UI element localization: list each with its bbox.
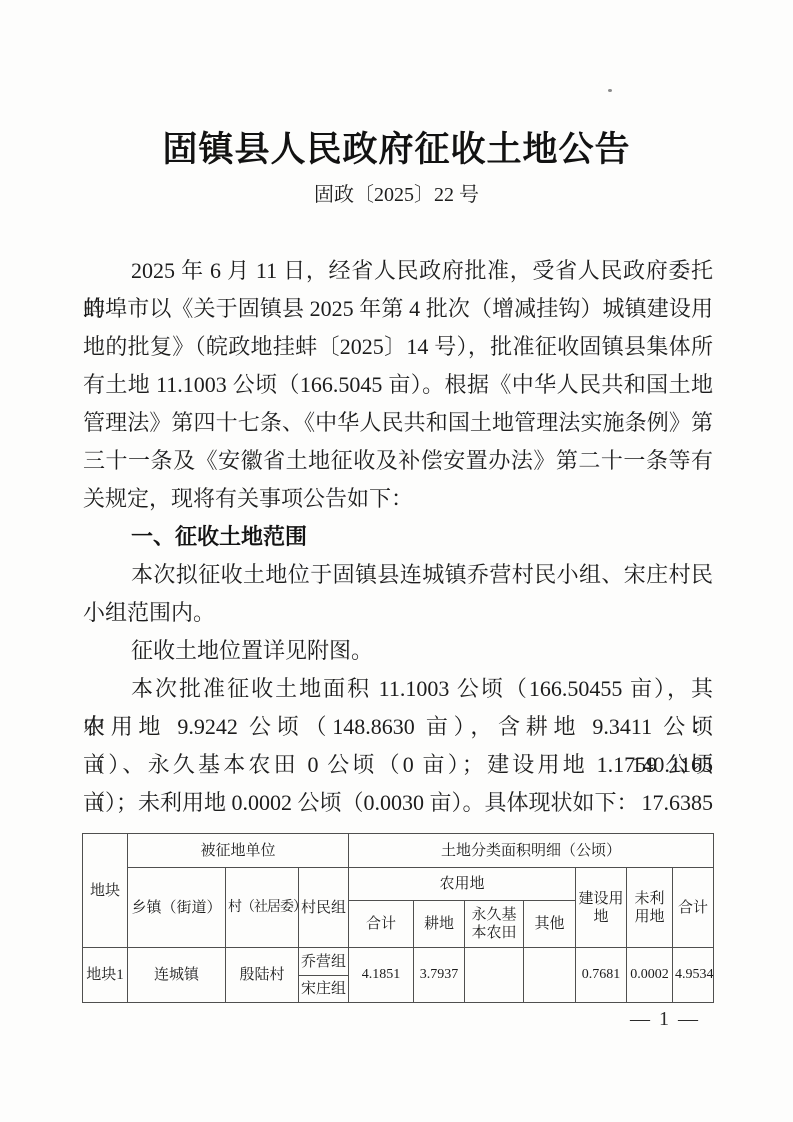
header-unused-land: 未利用地 xyxy=(627,868,673,948)
para1-line: 有土地 11.1003 公顷（166.5045 亩）。根据《中华人民共和国土地 xyxy=(83,366,713,404)
header-agricultural-land-group: 农用地 xyxy=(349,868,576,901)
cell-other xyxy=(524,948,576,1003)
header-permanent-basic-farmland: 永久基本农田 xyxy=(465,901,524,948)
cell-plot: 地块1 xyxy=(83,948,128,1003)
para1-line: 管理法》第四十七条、《中华人民共和国土地管理法实施条例》第 xyxy=(83,404,713,442)
cell-unused-land: 0.0002 xyxy=(627,948,673,1003)
para1-line: 三十一条及《安徽省土地征收及补偿安置办法》第二十一条等有 xyxy=(83,442,713,480)
para1-line: 地的批复》（皖政地挂蚌〔2025〕14 号），批准征收固镇县集体所 xyxy=(83,328,713,366)
para4-line: 亩）、永久基本农田 0 公顷（0 亩）；建设用地 1.1759 公顷（17.63… xyxy=(83,746,713,784)
header-township: 乡镇（街道） xyxy=(128,868,226,948)
para2-line: 小组范围内。 xyxy=(83,594,713,632)
para2-line: 本次拟征收土地位于固镇县连城镇乔营村民小组、宋庄村民 xyxy=(83,556,713,594)
document-number: 固政〔2025〕22 号 xyxy=(0,182,793,208)
header-total: 合计 xyxy=(673,868,714,948)
para1-line: 2025 年 6 月 11 日，经省人民政府批准，受省人民政府委托的 xyxy=(83,252,713,290)
document-body: 2025 年 6 月 11 日，经省人民政府批准，受省人民政府委托的 蚌埠市以《… xyxy=(83,252,713,822)
section-1-heading: 一、征收土地范围 xyxy=(83,518,713,556)
page-number: — 1 — xyxy=(83,1004,700,1034)
header-agri-total: 合计 xyxy=(349,901,414,948)
para4-line: 亩）；未利用地 0.0002 公顷（0.0030 亩）。具体现状如下： xyxy=(83,784,713,822)
header-construction-land: 建设用地 xyxy=(576,868,627,948)
cell-villager-group-2: 宋庄组 xyxy=(299,976,349,1003)
table-header-row-2: 乡镇（街道） 村（社居委） 村民组 农用地 建设用地 未利用地 合计 xyxy=(83,868,714,901)
land-classification-table: 地块 被征地单位 土地分类面积明细（公顷） 乡镇（街道） 村（社居委） 村民组 … xyxy=(82,833,714,1003)
header-village: 村（社居委） xyxy=(226,868,299,948)
para3-line: 征收土地位置详见附图。 xyxy=(83,632,713,670)
scan-speck-dot xyxy=(608,89,612,92)
table-header-row-1: 地块 被征地单位 土地分类面积明细（公顷） xyxy=(83,834,714,868)
cell-agri-total: 4.1851 xyxy=(349,948,414,1003)
table-data-row: 地块1 连城镇 殷陆村 乔营组 4.1851 3.7937 0.7681 0.0… xyxy=(83,948,714,976)
announcement-page: 固镇县人民政府征收土地公告 固政〔2025〕22 号 2025 年 6 月 11… xyxy=(0,0,793,1122)
header-other: 其他 xyxy=(524,901,576,948)
para1-line: 蚌埠市以《关于固镇县 2025 年第 4 批次（增减挂钩）城镇建设用 xyxy=(83,290,713,328)
cell-township: 连城镇 xyxy=(128,948,226,1003)
cell-villager-group-1: 乔营组 xyxy=(299,948,349,976)
cell-total: 4.9534 xyxy=(673,948,714,1003)
cell-village: 殷陆村 xyxy=(226,948,299,1003)
header-expropriated-unit-group: 被征地单位 xyxy=(128,834,349,868)
para4-line: 本次批准征收土地面积 11.1003 公顷（166.50455 亩），其中： xyxy=(83,670,713,708)
header-cultivated-land: 耕地 xyxy=(414,901,465,948)
header-villager-group: 村民组 xyxy=(299,868,349,948)
cell-permanent-basic-farmland xyxy=(465,948,524,1003)
para4-line: 农用地 9.9242 公顷（148.8630 亩），含耕地 9.3411 公顷（… xyxy=(83,708,713,746)
header-area-detail-group: 土地分类面积明细（公顷） xyxy=(349,834,714,868)
document-title: 固镇县人民政府征收土地公告 xyxy=(0,128,793,172)
para1-line: 关规定，现将有关事项公告如下： xyxy=(83,480,713,518)
header-plot: 地块 xyxy=(83,834,128,948)
cell-cultivated-land: 3.7937 xyxy=(414,948,465,1003)
cell-construction-land: 0.7681 xyxy=(576,948,627,1003)
